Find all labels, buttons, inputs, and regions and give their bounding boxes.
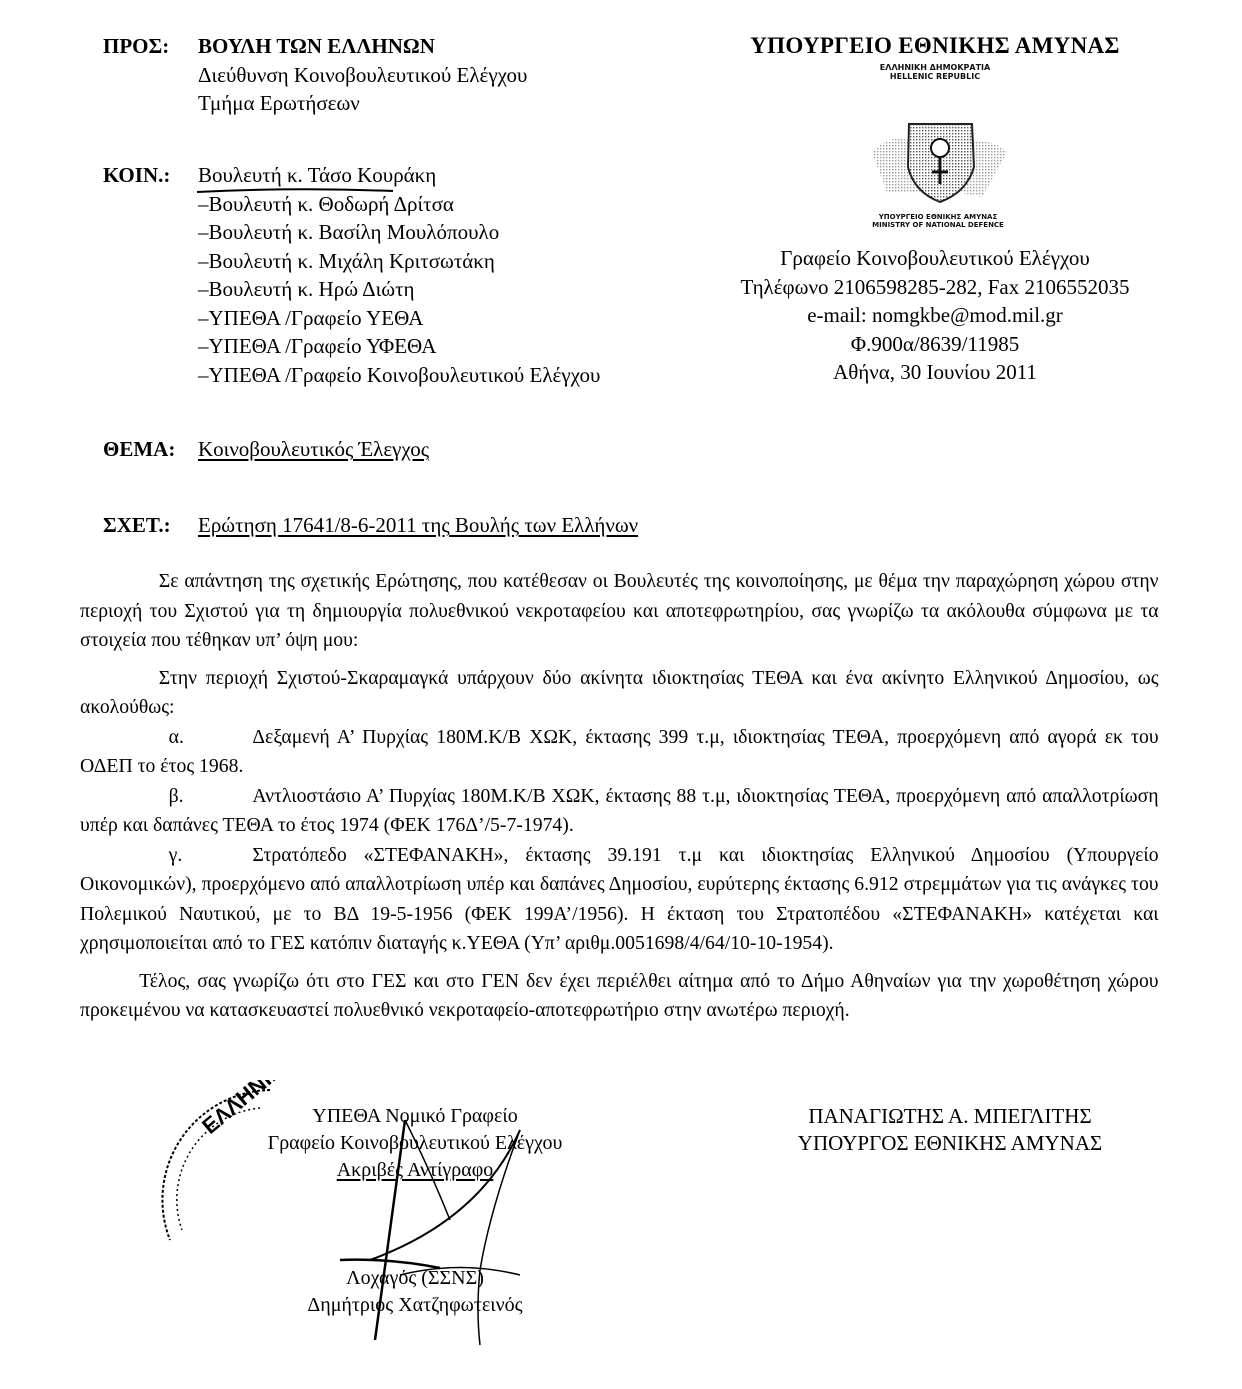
cc-item: –ΥΠΕΘΑ /Γραφείο Κοινοβουλευτικού Ελέγχου (198, 361, 600, 390)
date: Αθήνα, 30 Ιουνίου 2011 (690, 358, 1180, 387)
cc-label: ΚΟΙΝ.: (103, 163, 170, 188)
item-label: α. (169, 723, 253, 753)
related-value: Ερώτηση 17641/8-6-2011 της Βουλής των Ελ… (198, 511, 638, 540)
paragraph: Τέλος, σας γνωρίζω ότι στο ΓΕΣ και στο Γ… (80, 967, 1159, 1026)
letter-body: Σε απάντηση της σχετικής Ερώτησης, που κ… (80, 567, 1159, 1026)
letterhead: ΥΠΟΥΡΓΕΙΟ ΕΘΝΙΚΗΣ ΑΜΥΝΑΣ ΕΛΛΗΝΙΚΗ ΔΗΜΟΚΡ… (690, 32, 1180, 81)
ministry-title: ΥΠΟΥΡΓΕΙΟ ΕΘΝΙΚΗΣ ΑΜΥΝΑΣ (690, 32, 1180, 61)
item-label: γ. (169, 841, 253, 871)
item-label: β. (169, 782, 253, 812)
subject-value: Κοινοβουλευτικός Έλεγχος (198, 435, 429, 464)
list-item: γ.Στρατόπεδο «ΣΤΕΦΑΝΑΚΗ», έκτασης 39.191… (80, 841, 1159, 959)
signatory-block: ΠΑΝΑΓΙΩΤΗΣ Α. ΜΠΕΓΛΙΤΗΣ ΥΠΟΥΡΓΟΣ ΕΘΝΙΚΗΣ… (745, 1103, 1155, 1157)
recipient-line: Διεύθυνση Κοινοβουλευτικού Ελέγχου (198, 61, 527, 90)
handwritten-signature (280, 1110, 540, 1350)
subject-label: ΘΕΜΑ: (103, 437, 175, 462)
recipient-label: ΠΡΟΣ: (103, 34, 169, 59)
paragraph: Στην περιοχή Σχιστού-Σκαραμαγκά υπάρχουν… (80, 664, 1159, 723)
signatory-title: ΥΠΟΥΡΓΟΣ ΕΘΝΙΚΗΣ ΑΜΥΝΑΣ (745, 1130, 1155, 1157)
cc-item: –ΥΠΕΘΑ /Γραφείο ΥΕΘΑ (198, 304, 600, 333)
republic-gr: ΕΛΛΗΝΙΚΗ ΔΗΜΟΚΡΑΤΙΑ (690, 63, 1180, 72)
phone-fax: Τηλέφωνο 2106598285-282, Fax 2106552035 (690, 273, 1180, 302)
handwritten-line (195, 186, 395, 196)
sender-details: Γραφείο Κοινοβουλευτικού Ελέγχου Τηλέφων… (690, 244, 1180, 387)
ministry-emblem: ΥΠΟΥΡΓΕΙΟ ΕΘΝΙΚΗΣ ΑΜΥΝΑΣ MINISTRY OF NAT… (862, 112, 1014, 220)
list-item: β.Αντλιοστάσιο Α’ Πυρχίας 180Μ.Κ/Β ΧΩΚ, … (80, 782, 1159, 841)
cc-item: –Βουλευτή κ. Ηρώ Διώτη (198, 275, 600, 304)
recipient-name: ΒΟΥΛΗ ΤΩΝ ΕΛΛΗΝΩΝ (198, 34, 435, 59)
reference-number: Φ.900α/8639/11985 (690, 330, 1180, 359)
cc-item: –Βουλευτή κ. Βασίλη Μουλόπουλο (198, 218, 600, 247)
emblem-caption-en: MINISTRY OF NATIONAL DEFENCE (862, 221, 1014, 229)
shield-emblem-icon (862, 112, 1014, 208)
email: e-mail: nomgkbe@mod.mil.gr (690, 301, 1180, 330)
republic-en: HELLENIC REPUBLIC (690, 72, 1180, 81)
cc-item: –ΥΠΕΘΑ /Γραφείο ΥΦΕΘΑ (198, 332, 600, 361)
cc-item: –Βουλευτή κ. Μιχάλη Κριτσωτάκη (198, 247, 600, 276)
paragraph: Σε απάντηση της σχετικής Ερώτησης, που κ… (80, 567, 1159, 656)
list-item: α.Δεξαμενή Α’ Πυρχίας 180Μ.Κ/Β ΧΩΚ, έκτα… (80, 723, 1159, 782)
emblem-caption-gr: ΥΠΟΥΡΓΕΙΟ ΕΘΝΙΚΗΣ ΑΜΥΝΑΣ (862, 213, 1014, 221)
related-label: ΣΧΕΤ.: (103, 513, 171, 538)
recipient-line: Τμήμα Ερωτήσεων (198, 89, 360, 118)
signatory-name: ΠΑΝΑΓΙΩΤΗΣ Α. ΜΠΕΓΛΙΤΗΣ (745, 1103, 1155, 1130)
office-name: Γραφείο Κοινοβουλευτικού Ελέγχου (690, 244, 1180, 273)
